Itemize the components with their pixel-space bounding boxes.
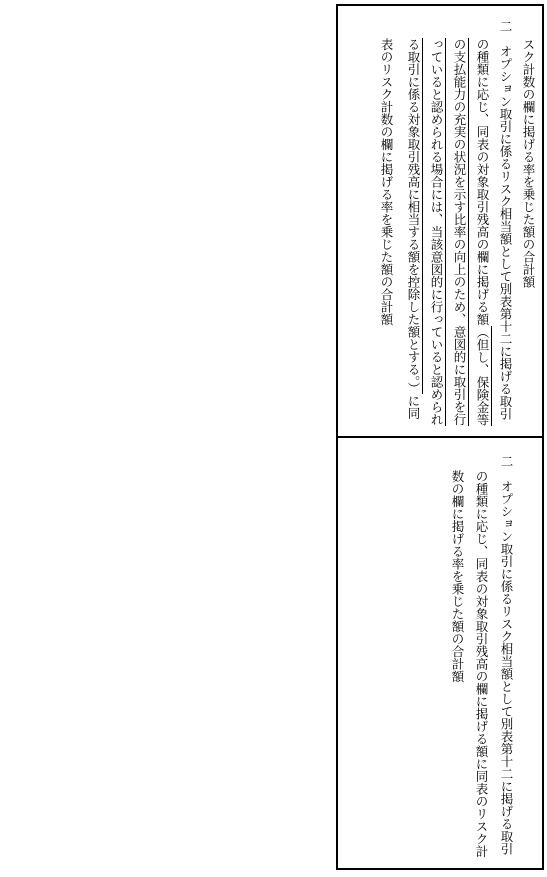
text-segment: スク計数の欄に掲げる率を乗じた額の合計額	[521, 38, 535, 288]
amendment-marked-text: （但し、保険金等	[475, 326, 492, 426]
text-segment: に同	[406, 394, 420, 419]
document-page: スク計数の欄に掲げる率を乗じた額の合計額二 オプション取引に係るリスク相当額とし…	[0, 0, 547, 877]
text-column: スク計数の欄に掲げる率を乗じた額の合計額	[518, 38, 538, 288]
text-segment: 二 オプション取引に係るリスク相当額として別表第十二に掲げる取引	[498, 20, 512, 420]
text-column: 表のリスク計数の欄に掲げる率を乗じた額の合計額	[376, 38, 396, 326]
text-segment: 二 オプション取引に係るリスク相当額として別表第十二に掲げる取引	[499, 455, 513, 855]
text-column: 数の欄に掲げる率を乗じた額の合計額	[447, 470, 467, 683]
text-segment: 表のリスク計数の欄に掲げる率を乗じた額の合計額	[379, 38, 393, 326]
amendment-marked-text: の支払能力の充実の状況を示す比率の向上のため、意図的に取引を行	[452, 38, 469, 426]
text-segment: の種類に応じ、同表の対象取引残高の欄に掲げる額	[475, 38, 489, 326]
text-column: の種類に応じ、同表の対象取引残高の欄に掲げる額（但し、保険金等	[472, 38, 492, 426]
text-column: の種類に応じ、同表の対象取引残高の欄に掲げる額に同表のリスク計	[471, 470, 491, 858]
text-segment: の種類に応じ、同表の対象取引残高の欄に掲げる額に同表のリスク計	[474, 470, 488, 858]
text-column: る取引に係る対象取引残高に相当する額を控除した額とする。）に同	[403, 38, 423, 419]
text-column: っていると認められる場合には、当該意図的に行っていると認められ	[426, 38, 446, 426]
text-column: 二 オプション取引に係るリスク相当額として別表第十二に掲げる取引	[495, 20, 515, 420]
comparison-table: スク計数の欄に掲げる率を乗じた額の合計額二 オプション取引に係るリスク相当額とし…	[336, 4, 544, 870]
amendment-marked-text: る取引に係る対象取引残高に相当する額を控除した額とする。）	[406, 38, 423, 394]
amendment-marked-text: っていると認められる場合には、当該意図的に行っていると認められ	[429, 38, 446, 426]
text-column: の支払能力の充実の状況を示す比率の向上のため、意図的に取引を行	[449, 38, 469, 426]
text-segment: 数の欄に掲げる率を乗じた額の合計額	[450, 470, 464, 683]
row-divider	[338, 436, 542, 438]
text-column: 二 オプション取引に係るリスク相当額として別表第十二に掲げる取引	[496, 455, 516, 855]
